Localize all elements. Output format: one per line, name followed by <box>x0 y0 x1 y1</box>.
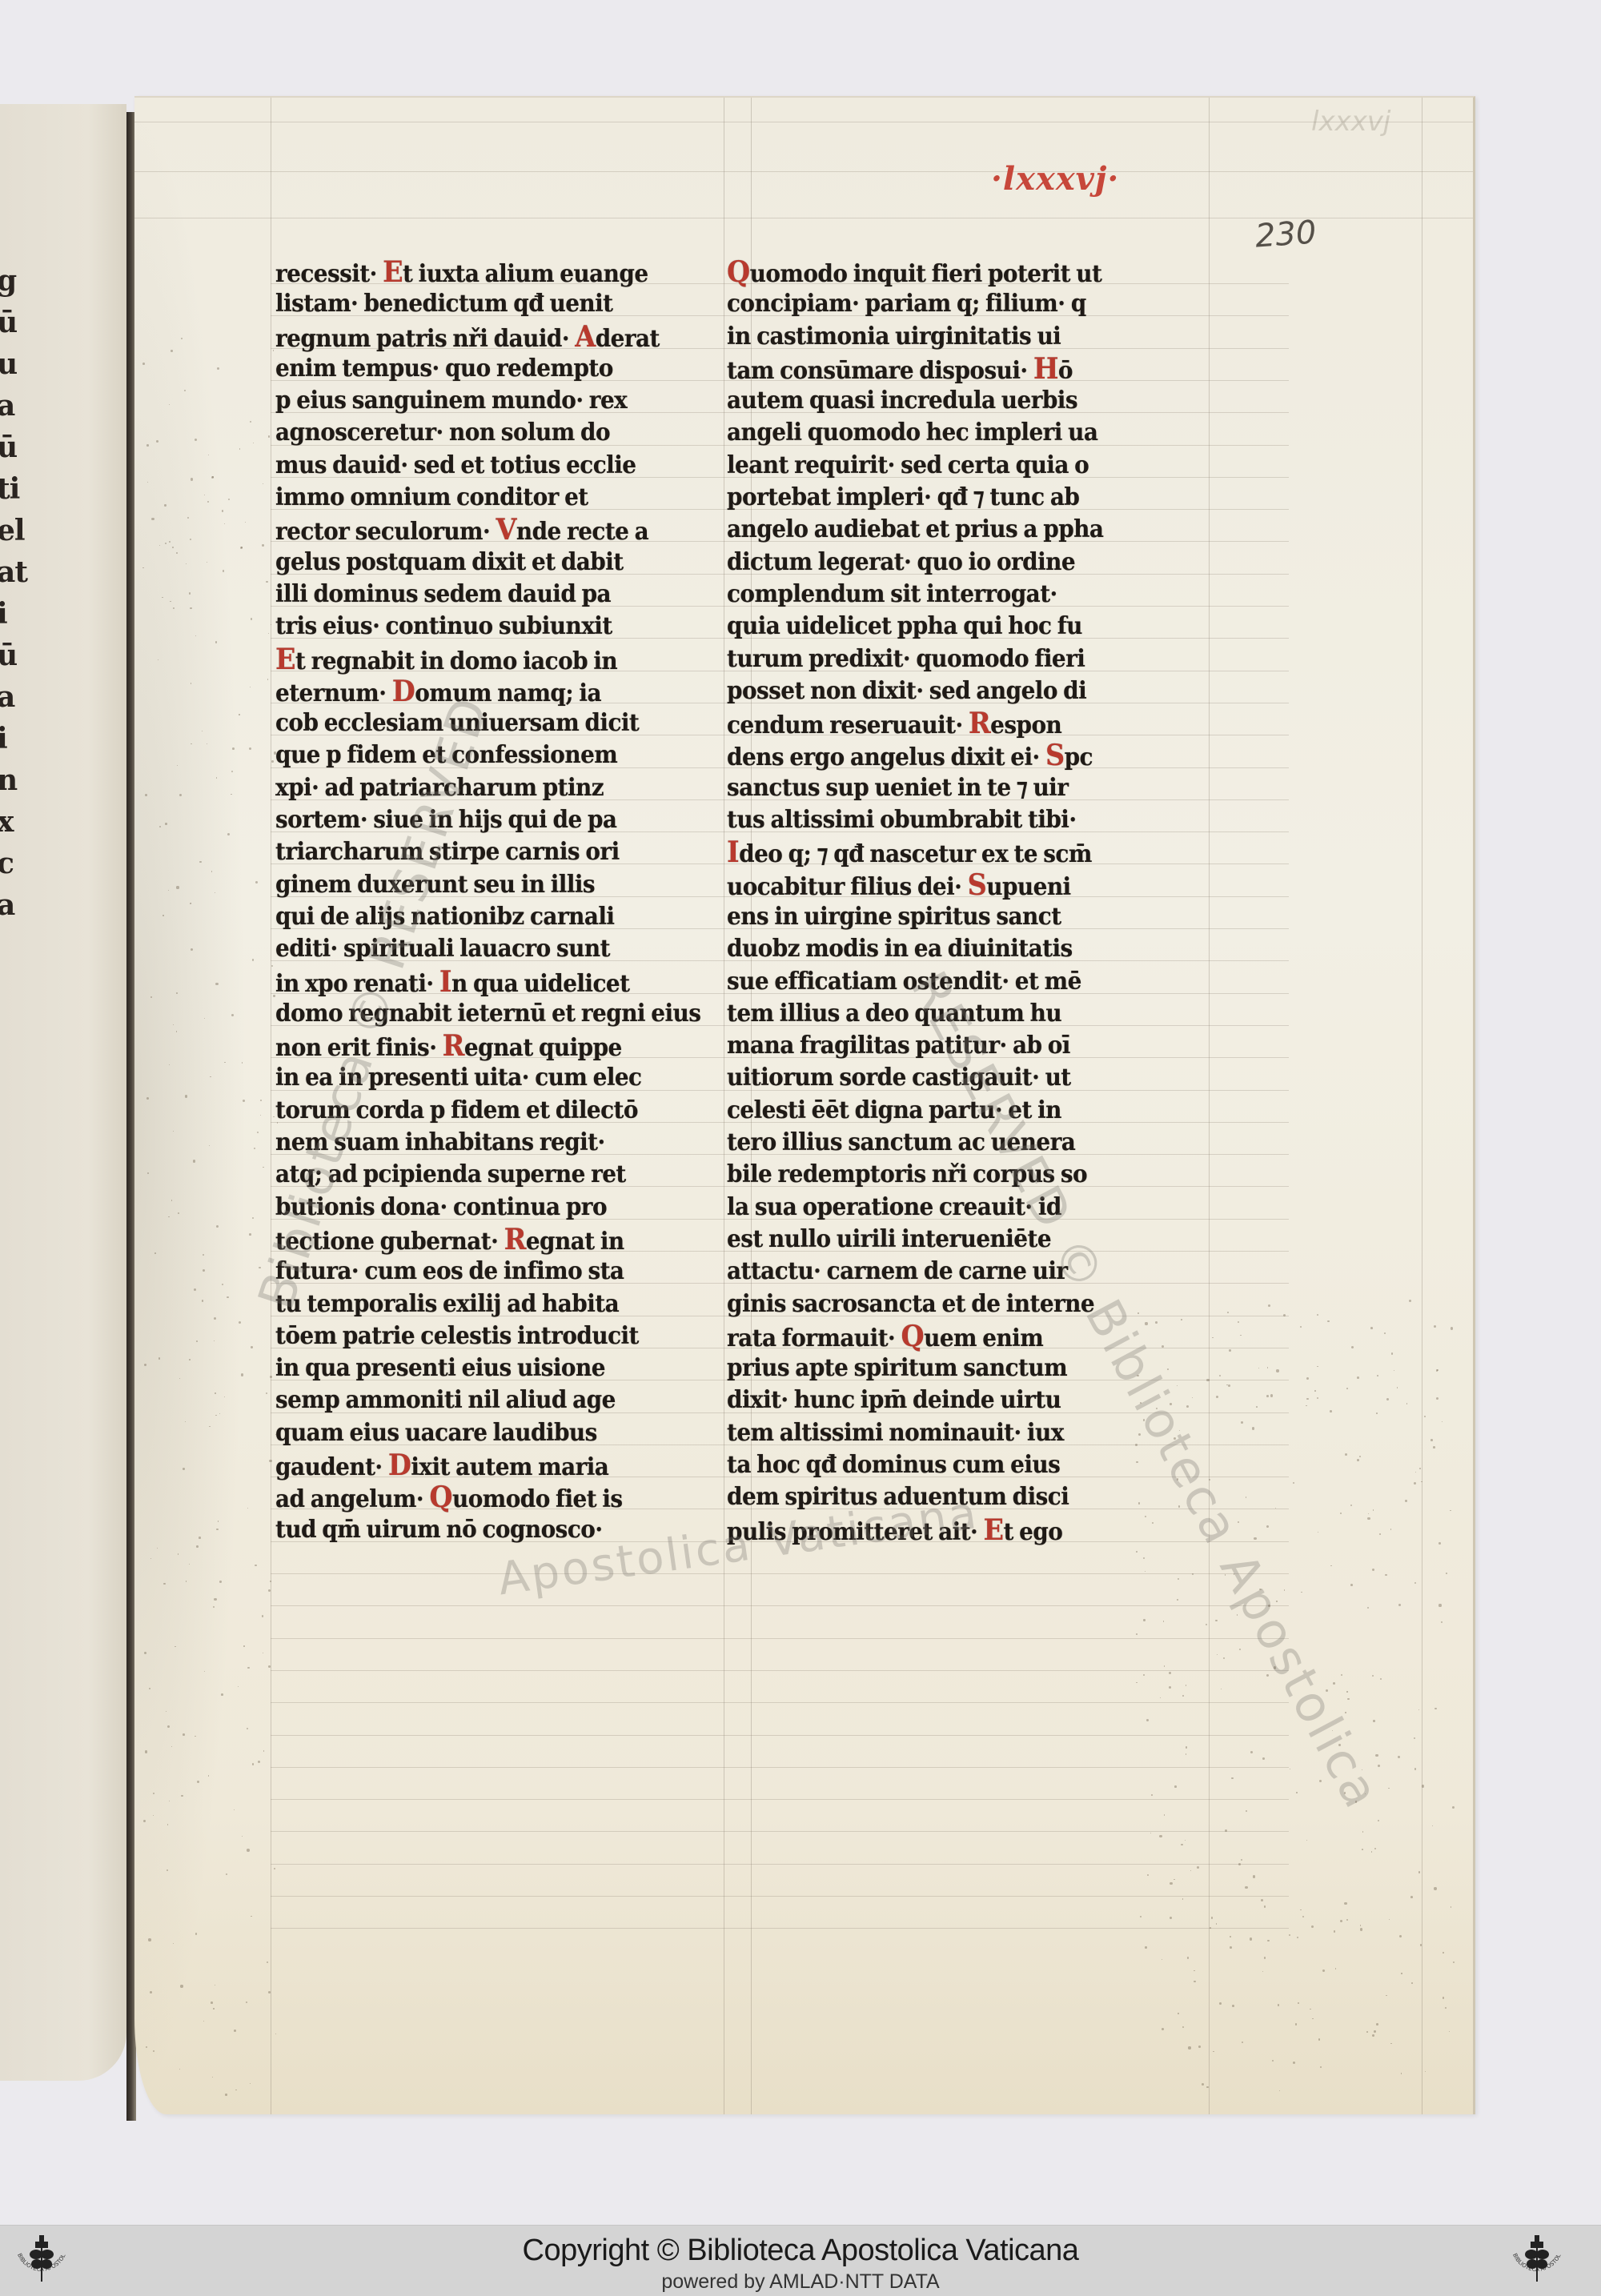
parchment-speckle <box>169 1064 170 1065</box>
text-segment: triarcharum stirpe carnis ori <box>275 838 620 866</box>
parchment-speckle <box>1259 1589 1262 1591</box>
text-segment: xpi· ad patriarcharum ptinz <box>275 774 604 802</box>
parchment-speckle <box>1187 1957 1189 1958</box>
parchment-speckle <box>1310 2009 1311 2010</box>
parchment-speckle <box>266 581 267 583</box>
text-segment: pulis promitteret ait· <box>727 1518 984 1546</box>
ruling-line <box>134 122 1473 122</box>
parchment-speckle <box>1266 1395 1269 1397</box>
text-segment: butionis dona· continua pro <box>275 1193 607 1221</box>
parchment-speckle <box>1198 2046 1201 2048</box>
parchment-speckle <box>1216 1396 1218 1398</box>
parchment-speckle <box>167 1725 170 1728</box>
parchment-speckle <box>1446 1573 1447 1574</box>
parchment-speckle <box>1398 1604 1401 1606</box>
parchment-speckle <box>163 915 164 916</box>
text-segment: ens in uirgine spiritus sanct <box>727 903 1061 931</box>
parchment-speckle <box>263 483 263 484</box>
parchment-speckle <box>1436 1397 1438 1400</box>
text-segment: t iuxta alium euange <box>403 260 648 288</box>
text-segment: tam consūmare disposui· <box>727 357 1033 385</box>
parchment-speckle <box>1270 1394 1273 1396</box>
text-line: in qua presenti eius uisione <box>275 1352 737 1384</box>
text-segment: leant requirit· sed certa quia o <box>727 451 1089 479</box>
parchment-speckle <box>203 2021 204 2022</box>
parchment-speckle <box>214 1340 215 1342</box>
text-line: sanctus sup ueniet in te ⁊ uir <box>727 772 1189 804</box>
parchment-speckle <box>1206 1624 1207 1625</box>
parchment-speckle <box>1357 1459 1359 1461</box>
parchment-speckle <box>189 1564 190 1565</box>
parchment-speckle <box>240 547 243 549</box>
text-line: pulis promitteret ait· Et ego <box>727 1514 1189 1546</box>
image-viewer[interactable]: gūuaūtielatiūainxca lxxxvj ·lxxxvj· 230 … <box>0 0 1601 2225</box>
text-segment: ō <box>1058 357 1073 385</box>
parchment-speckle <box>1451 1906 1452 1908</box>
text-segment: uitiorum sorde castigauit· ut <box>727 1064 1071 1092</box>
parchment-speckle <box>203 1254 204 1256</box>
parchment-speckle <box>1229 1349 1231 1352</box>
parchment-speckle <box>1169 1686 1171 1689</box>
parchment-speckle <box>176 552 178 554</box>
parchment-speckle <box>1238 1521 1239 1523</box>
parchment-speckle <box>191 683 192 684</box>
parchment-speckle <box>1374 2030 1376 2033</box>
parchment-speckle <box>1151 1794 1153 1796</box>
text-line: autem quasi incredula uerbis <box>727 385 1189 417</box>
parchment-speckle <box>1434 1708 1436 1709</box>
parchment-speckle <box>1306 1840 1307 1841</box>
parchment-speckle <box>267 1961 268 1963</box>
parchment-speckle <box>212 2077 213 2078</box>
rubricated-initial: S <box>1045 739 1065 772</box>
parchment-speckle <box>217 367 219 370</box>
parchment-speckle <box>204 495 205 495</box>
parchment-speckle <box>1170 1882 1172 1885</box>
parchment-speckle <box>1368 1513 1369 1514</box>
copyright-text: Copyright © Biblioteca Apostolica Vatica… <box>0 2234 1601 2268</box>
text-line: ta hoc qđ dominus cum eius <box>727 1449 1189 1481</box>
parchment-speckle <box>185 1095 187 1097</box>
parchment-speckle <box>144 1364 146 1366</box>
parchment-speckle <box>1293 2062 1295 2064</box>
parchment-speckle <box>1432 1825 1433 1826</box>
parchment-speckle <box>1241 1421 1243 1424</box>
text-segment: nem suam inhabitans regit· <box>275 1128 605 1156</box>
parchment-speckle <box>1424 1416 1426 1417</box>
text-segment: in castimonia uirginitatis ui <box>727 323 1061 351</box>
ruling-line <box>271 1670 1289 1671</box>
parchment-speckle <box>215 1415 216 1416</box>
text-line: uocabitur filius dei· Supueni <box>727 869 1189 901</box>
parchment-speckle <box>1298 2002 1299 2004</box>
text-line: ginem duxerunt seu in illis <box>275 869 737 901</box>
parchment-speckle <box>235 2090 237 2091</box>
text-segment: attactu· carnem de carne uir <box>727 1257 1068 1285</box>
parchment-speckle <box>1380 1678 1382 1680</box>
parchment-speckle <box>1371 1851 1372 1852</box>
parchment-speckle <box>1284 1589 1285 1590</box>
parchment-speckle <box>1228 1384 1230 1387</box>
text-line: la sua operatione creauit· id <box>727 1192 1189 1224</box>
parchment-speckle <box>1372 1675 1374 1677</box>
parchment-speckle <box>267 679 269 680</box>
parchment-speckle <box>186 1581 187 1582</box>
text-segment: eternum· <box>275 679 392 707</box>
parchment-speckle <box>189 1359 191 1360</box>
parchment-speckle <box>1414 1482 1416 1485</box>
parchment-speckle <box>274 1868 275 1869</box>
text-line: sortem· siue in hijs qui de pa <box>275 804 737 836</box>
ruling-line <box>271 1605 1289 1606</box>
parchment-speckle <box>1146 1719 1149 1721</box>
parchment-speckle <box>176 992 178 994</box>
text-line: que p fidem et confessionem <box>275 739 737 771</box>
parchment-speckle <box>216 1225 219 1228</box>
text-line: gelus postquam dixit et dabit <box>275 547 737 579</box>
parchment-speckle <box>1344 1902 1346 1905</box>
parchment-speckle <box>167 1824 169 1825</box>
parchment-speckle <box>1231 1777 1233 1779</box>
facing-page-text-fragment: n <box>0 763 17 797</box>
parchment-speckle <box>168 890 169 891</box>
parchment-speckle <box>266 1392 267 1394</box>
text-line: tectione gubernat· Regnat in <box>275 1224 737 1256</box>
rubricated-initial: V <box>496 513 516 547</box>
parchment-speckle <box>1241 1859 1242 1861</box>
parchment-speckle <box>1414 1737 1415 1739</box>
text-segment: immo omnium conditor et <box>275 483 588 511</box>
parchment-speckle <box>252 959 255 961</box>
text-segment: quam eius uacare laudibus <box>275 1419 597 1447</box>
parchment-speckle <box>239 714 239 715</box>
parchment-speckle <box>1178 2013 1179 2014</box>
parchment-speckle <box>1373 1509 1374 1510</box>
parchment-speckle <box>1330 1410 1332 1412</box>
parchment-speckle <box>268 435 270 437</box>
text-segment: posset non dixit· sed angelo di <box>727 677 1086 705</box>
parchment-speckle <box>207 501 209 503</box>
text-segment: la sua operatione creauit· id <box>727 1193 1061 1221</box>
parchment-speckle <box>178 1553 179 1554</box>
parchment-speckle <box>1318 1532 1318 1533</box>
text-line: duobz modis in ea diuinitatis <box>727 933 1189 965</box>
parchment-speckle <box>1297 1937 1298 1938</box>
facing-page-text-fragment: c <box>0 847 14 880</box>
parchment-speckle <box>1357 1376 1359 1379</box>
text-line: tero illius sanctum ac uenera <box>727 1127 1189 1159</box>
parchment-speckle <box>1182 1695 1184 1697</box>
parchment-speckle <box>1418 1709 1419 1710</box>
parchment-speckle <box>1174 1437 1176 1440</box>
manuscript-page-recto: lxxxvj ·lxxxvj· 230 recessit· Et iuxta a… <box>134 96 1475 2114</box>
parchment-speckle <box>245 522 246 523</box>
text-line: complendum sit interrogat· <box>727 579 1189 611</box>
parchment-speckle <box>209 1426 211 1428</box>
parchment-speckle <box>157 1548 158 1549</box>
parchment-speckle <box>221 1693 223 1696</box>
rubricated-initial: R <box>443 1029 464 1063</box>
text-segment: tectione gubernat· <box>275 1228 504 1256</box>
parchment-speckle <box>204 1018 205 1019</box>
parchment-speckle <box>1290 1769 1290 1769</box>
rubricated-initial: Q <box>727 255 750 289</box>
parchment-speckle <box>1406 1403 1408 1404</box>
text-line: Quomodo inquit fieri poterit ut <box>727 256 1189 288</box>
parchment-speckle <box>215 641 217 643</box>
parchment-speckle <box>1143 1419 1146 1421</box>
parchment-speckle <box>195 1933 198 1935</box>
parchment-speckle <box>1377 1375 1378 1376</box>
parchment-speckle <box>1327 1320 1330 1323</box>
parchment-speckle <box>1170 1917 1172 1919</box>
parchment-speckle <box>173 1024 174 1025</box>
parchment-speckle <box>1443 1997 1444 1998</box>
pencil-foliation-number: 230 <box>1254 214 1317 254</box>
parchment-speckle <box>249 1233 251 1236</box>
text-line: prius apte spiritum sanctum <box>727 1352 1189 1384</box>
text-segment: gelus postquam dixit et dabit <box>275 548 624 576</box>
ruling-line <box>271 1638 1289 1639</box>
parchment-speckle <box>1211 1917 1214 1919</box>
parchment-speckle <box>271 760 274 763</box>
text-segment: ad angelum· <box>275 1485 429 1513</box>
parchment-speckle <box>215 983 218 985</box>
parchment-speckle <box>1268 1605 1270 1607</box>
parchment-speckle <box>1283 1314 1286 1316</box>
text-line: quia uidelicet ppha qui hoc fu <box>727 611 1189 643</box>
text-line: cendum reseruauit· Respon <box>727 707 1189 739</box>
text-line: atq; ad pcipienda superne ret <box>275 1159 737 1191</box>
parchment-speckle <box>250 2083 251 2084</box>
parchment-speckle <box>1376 2023 1378 2026</box>
parchment-speckle <box>1162 2028 1164 2030</box>
parchment-speckle <box>224 1396 226 1398</box>
parchment-speckle <box>277 1122 279 1124</box>
text-segment: tem illius a deo quantum hu <box>727 1000 1061 1028</box>
parchment-speckle <box>1322 1969 1325 1972</box>
parchment-speckle <box>175 1646 175 1647</box>
text-line: in ea in presenti uita· cum elec <box>275 1062 737 1094</box>
parchment-speckle <box>1186 1753 1186 1754</box>
parchment-speckle <box>215 892 215 893</box>
parchment-speckle <box>1306 1405 1307 1407</box>
vatican-library-logo-icon: BIBLIOTECA APOSTOLICA VATICANA <box>1505 2230 1569 2294</box>
text-segment: ixit autem maria <box>411 1453 608 1481</box>
rubricated-initial: H <box>1033 352 1058 386</box>
ruling-line <box>1422 98 1422 2114</box>
parchment-speckle <box>1206 2086 1208 2088</box>
parchment-speckle <box>183 1733 185 1736</box>
text-line: leant requirit· sed certa quia o <box>727 450 1189 482</box>
parchment-speckle <box>147 482 148 483</box>
parchment-speckle <box>149 1688 150 1689</box>
parchment-speckle <box>169 1801 170 1801</box>
parchment-speckle <box>1240 1335 1241 1336</box>
parchment-speckle <box>1333 1682 1335 1685</box>
parchment-speckle <box>222 510 224 512</box>
parchment-speckle <box>190 539 191 540</box>
rubricated-initial: E <box>984 1513 1004 1547</box>
parchment-speckle <box>1436 1369 1438 1372</box>
facing-page-text-fragment: a <box>0 888 14 922</box>
parchment-speckle <box>168 1216 170 1218</box>
parchment-speckle <box>214 1317 216 1320</box>
parchment-speckle <box>1217 1654 1218 1655</box>
text-line: non erit finis· Regnat quippe <box>275 1030 737 1062</box>
parchment-speckle <box>1245 1886 1247 1889</box>
parchment-speckle <box>1136 1551 1138 1553</box>
text-segment: uomodo inquit fieri poterit ut <box>750 260 1102 288</box>
parchment-speckle <box>159 826 161 827</box>
parchment-speckle <box>1330 1565 1332 1567</box>
parchment-speckle <box>1262 1971 1263 1972</box>
parchment-speckle <box>1362 1831 1364 1833</box>
parchment-speckle <box>215 1392 215 1393</box>
text-segment: prius apte spiritum sanctum <box>727 1354 1067 1382</box>
parchment-speckle <box>165 823 167 824</box>
parchment-speckle <box>195 635 196 636</box>
text-line: Et regnabit in domo iacob in <box>275 643 737 675</box>
parchment-speckle <box>263 1653 264 1654</box>
parchment-speckle <box>202 731 203 731</box>
parchment-speckle <box>1227 1312 1229 1313</box>
text-line: angelo audiebat et prius a ppha <box>727 514 1189 546</box>
text-segment: bile redemptoris nři corpus so <box>727 1160 1087 1188</box>
parchment-speckle <box>1453 1961 1455 1963</box>
parchment-speckle <box>1359 1456 1361 1457</box>
parchment-speckle <box>1145 1516 1146 1517</box>
facing-page-text-fragment: ū <box>0 431 17 464</box>
parchment-speckle <box>1293 1482 1295 1485</box>
text-segment: turum predixit· quomodo fieri <box>727 645 1085 673</box>
parchment-speckle <box>1254 1537 1256 1540</box>
parchment-speckle <box>189 592 191 594</box>
parchment-speckle <box>262 544 263 546</box>
text-segment: angeli quomodo hec impleri ua <box>727 419 1097 447</box>
text-segment: semp ammoniti nil aliud age <box>275 1386 616 1414</box>
parchment-speckle <box>1276 1369 1278 1372</box>
text-segment: dem spiritus aduentum disci <box>727 1483 1069 1511</box>
parchment-speckle <box>172 547 174 548</box>
ruling-line <box>271 1702 1289 1703</box>
ruling-line <box>271 1735 1289 1736</box>
parchment-speckle <box>1385 1574 1386 1576</box>
parchment-speckle <box>1145 1322 1147 1324</box>
parchment-speckle <box>1362 1849 1363 1850</box>
parchment-speckle <box>1194 1981 1196 1983</box>
text-segment: dictum legerat· quo io ordine <box>727 548 1075 576</box>
text-segment: n qua uidelicet <box>451 970 629 998</box>
parchment-speckle <box>1409 1300 1411 1302</box>
parchment-speckle <box>207 743 207 744</box>
text-line: attactu· carnem de carne uir <box>727 1256 1189 1288</box>
text-segment: enim tempus· quo redempto <box>275 355 613 383</box>
parchment-speckle <box>1386 1398 1389 1400</box>
parchment-speckle <box>263 1167 264 1168</box>
parchment-speckle <box>1312 2018 1313 2019</box>
parchment-speckle <box>1350 1505 1352 1506</box>
text-segment: tu temporalis exilij ad habita <box>275 1290 619 1318</box>
parchment-speckle <box>1186 1405 1189 1408</box>
parchment-speckle <box>1306 1398 1308 1400</box>
ruling-line <box>271 1896 1289 1897</box>
parchment-speckle <box>190 903 191 904</box>
parchment-speckle <box>1375 1754 1378 1757</box>
text-line: ginis sacrosancta et de interne <box>727 1288 1189 1320</box>
text-segment: cob ecclesiam uniuersam dicit <box>275 709 639 737</box>
parchment-speckle <box>1301 1592 1302 1593</box>
parchment-speckle <box>153 1793 155 1795</box>
parchment-speckle <box>1145 1946 1146 1948</box>
parchment-speckle <box>1267 1940 1270 1942</box>
parchment-speckle <box>1186 1685 1187 1686</box>
parchment-speckle <box>1300 1326 1302 1328</box>
parchment-speckle <box>1169 1672 1171 1674</box>
parchment-speckle <box>1319 1780 1322 1782</box>
parchment-speckle <box>219 1581 222 1583</box>
text-line: posset non dixit· sed angelo di <box>727 675 1189 707</box>
text-segment: omum namq; ia <box>415 679 601 707</box>
text-segment: tem altissimi nominauit· iux <box>727 1419 1064 1447</box>
parchment-speckle <box>1378 1765 1380 1767</box>
parchment-speckle <box>251 618 253 620</box>
parchment-speckle <box>1279 2090 1280 2091</box>
text-line: enim tempus· quo redempto <box>275 353 737 385</box>
text-segment: p eius sanguinem mundo· rex <box>275 387 627 415</box>
parchment-speckle <box>1314 1390 1316 1392</box>
text-segment: domo regnabit ieternū et regni eius <box>275 1000 700 1028</box>
parchment-speckle <box>1434 1887 1436 1889</box>
parchment-speckle <box>211 2001 213 2004</box>
parchment-speckle <box>169 541 171 543</box>
parchment-speckle <box>1376 1412 1378 1414</box>
parchment-speckle <box>243 1100 245 1102</box>
parchment-speckle <box>1317 1366 1318 1367</box>
parchment-speckle <box>176 1031 178 1032</box>
text-line: rector seculorum· Vnde recte a <box>275 514 737 546</box>
text-line: in xpo renati· In qua uidelicet <box>275 966 737 998</box>
text-line: turum predixit· quomodo fieri <box>727 643 1189 675</box>
parchment-speckle <box>187 517 189 519</box>
parchment-speckle <box>1177 1478 1179 1481</box>
parchment-speckle <box>163 1583 166 1585</box>
parchment-speckle <box>1274 1666 1276 1669</box>
parchment-speckle <box>1155 1321 1158 1324</box>
text-segment: deo q; ⁊ qđ nascetur ex te scm̄ <box>739 840 1092 868</box>
text-segment: concipiam· pariam q; filium· q <box>727 290 1086 318</box>
parchment-speckle <box>144 1652 146 1654</box>
parchment-speckle <box>1225 1574 1226 1576</box>
parchment-speckle <box>162 597 163 599</box>
parchment-speckle <box>231 1014 234 1016</box>
text-line: tu temporalis exilij ad habita <box>275 1288 737 1320</box>
text-line: ad angelum· Quomodo fiet is <box>275 1481 737 1513</box>
text-segment: dens ergo angelus dixit ei· <box>727 743 1045 771</box>
parchment-speckle <box>1258 1368 1259 1368</box>
parchment-speckle <box>1238 1863 1241 1865</box>
text-line: dens ergo angelus dixit ei· Spc <box>727 739 1189 771</box>
parchment-speckle <box>1256 1406 1258 1408</box>
parchment-speckle <box>190 607 192 610</box>
text-line: illi dominus sedem dauid pa <box>275 579 737 611</box>
facing-page-verso: gūuaūtielatiūainxca <box>0 104 126 2081</box>
text-segment: recessit· <box>275 260 383 288</box>
text-line: nem suam inhabitans regit· <box>275 1127 737 1159</box>
text-line: listam· benedictum qđ uenit <box>275 288 737 320</box>
parchment-speckle <box>1163 1621 1164 1621</box>
parchment-speckle <box>171 350 173 352</box>
